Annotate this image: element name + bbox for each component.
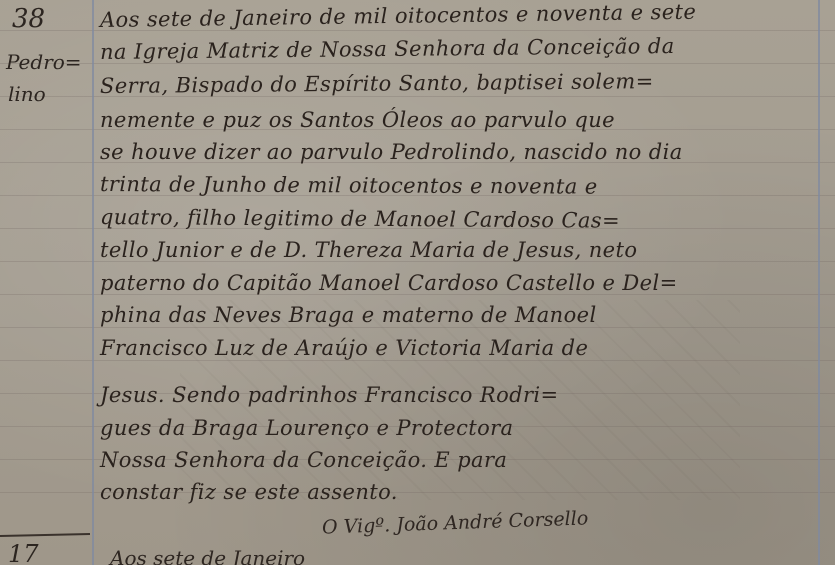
text-line: Serra, Bispado do Espírito Santo, baptis… xyxy=(100,69,654,98)
register-page: 38 Pedro= lino 17 Aos sete de Janeiro de… xyxy=(0,0,835,565)
text-line: Nossa Senhora da Conceição. E para xyxy=(100,448,507,472)
text-line: Francisco Luz de Araújo e Victoria Maria… xyxy=(100,336,588,360)
next-entry-start: Aos sete de Janeiro xyxy=(110,546,305,565)
priest-signature: O Vigº. João André Corsello xyxy=(322,507,589,538)
text-line: quatro, filho legitimo de Manoel Cardoso… xyxy=(100,205,620,233)
text-line: se houve dizer ao parvulo Pedrolindo, na… xyxy=(100,140,683,164)
next-entry-number: 17 xyxy=(8,540,39,565)
ruled-line xyxy=(0,360,835,361)
text-line: Jesus. Sendo padrinhos Francisco Rodri= xyxy=(100,383,559,407)
text-line: nemente e puz os Santos Óleos ao parvulo… xyxy=(100,108,615,132)
text-line: constar fiz se este assento. xyxy=(100,480,398,504)
text-line: tello Junior e de D. Thereza Maria de Je… xyxy=(100,238,637,262)
margin-name-line-2: lino xyxy=(8,82,46,106)
text-line: gues da Braga Lourenço e Protectora xyxy=(100,416,513,440)
text-line: na Igreja Matriz de Nossa Senhora da Con… xyxy=(100,34,675,64)
entry-separator xyxy=(0,533,90,537)
margin-name-line-1: Pedro= xyxy=(6,50,82,74)
ruled-line xyxy=(0,327,835,328)
text-line: Aos sete de Janeiro de mil oitocentos e … xyxy=(100,0,697,32)
left-margin-rule xyxy=(92,0,94,565)
right-margin-rule xyxy=(818,0,820,565)
text-line: phina das Neves Braga e materno de Manoe… xyxy=(100,303,597,327)
entry-number: 38 xyxy=(12,4,45,34)
text-line: trinta de Junho de mil oitocentos e nove… xyxy=(100,172,598,199)
text-line: paterno do Capitão Manoel Cardoso Castel… xyxy=(100,271,678,295)
